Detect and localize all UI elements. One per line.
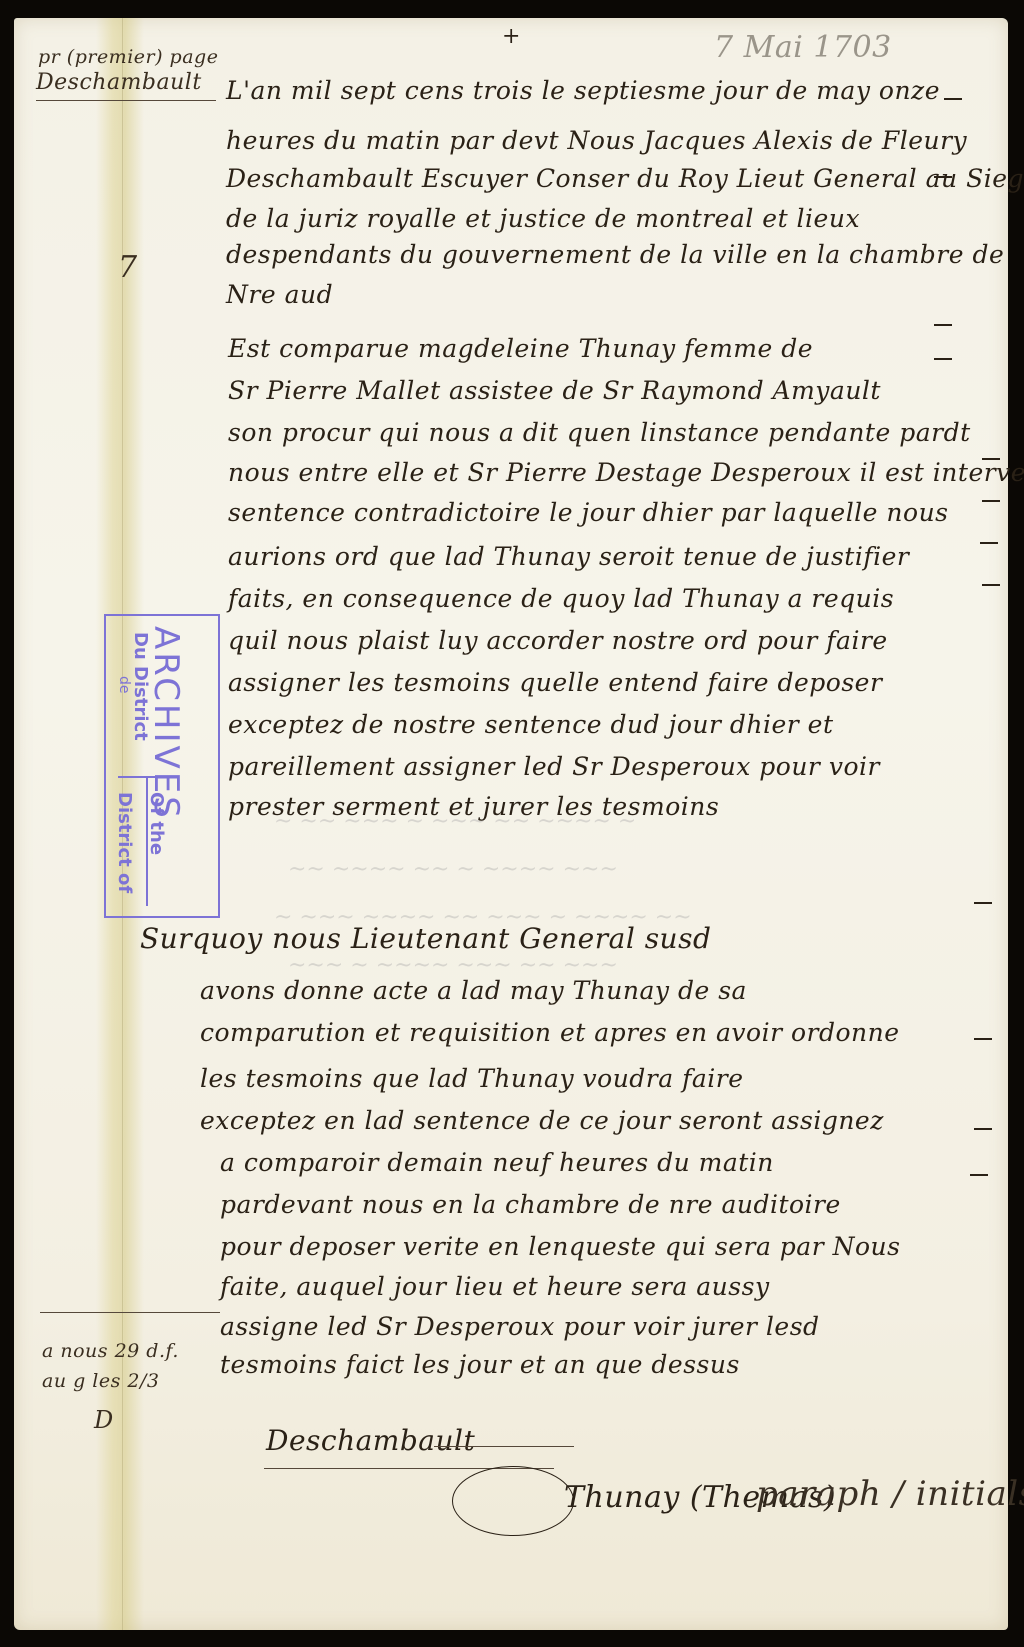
text-line: exceptez en lad sentence de ce jour sero… — [200, 1106, 884, 1135]
text-line: pareillement assigner led Sr Desperoux p… — [228, 752, 880, 781]
stamp-left-sub: de — [114, 676, 134, 694]
line-filler — [970, 1174, 988, 1176]
text-line: pardevant nous en la chambre de nre audi… — [220, 1190, 841, 1219]
fee-rule — [40, 1312, 220, 1313]
line-filler — [982, 500, 1000, 502]
text-line: pour deposer verite en lenqueste qui ser… — [220, 1232, 900, 1261]
text-line: tesmoins faict les jour et an que dessus — [220, 1350, 740, 1379]
text-line: Est comparue magdeleine Thunay femme de — [228, 334, 813, 363]
stamp-divider — [118, 776, 178, 778]
margin-mark-seven: 7 — [118, 250, 138, 285]
line-filler — [944, 98, 962, 100]
text-line: aurions ord que lad Thunay seroit tenue … — [228, 542, 909, 571]
signature-deschambault: Deschambault — [266, 1424, 475, 1457]
line-filler — [982, 584, 1000, 586]
margin-clerk-name: Deschambault — [36, 70, 202, 95]
line-filler — [974, 1128, 992, 1130]
text-line: comparution et requisition et apres en a… — [200, 1018, 900, 1047]
text-line: exceptez de nostre sentence dud jour dhi… — [228, 710, 834, 739]
text-line: faite, auquel jour lieu et heure sera au… — [220, 1272, 770, 1301]
margin-rule — [36, 100, 216, 101]
manuscript-page: ~ ~~ ~~~ ~ ~~~ ~~ ~~~~ ~ ~~ ~~~~ ~~ ~ ~~… — [14, 18, 1008, 1630]
text-line: son procur qui nous a dit quen linstance… — [228, 418, 971, 447]
signature-flourish — [452, 1466, 574, 1536]
fee-note-line-1: a nous 29 d.f. — [42, 1340, 179, 1362]
text-line: Nre aud — [226, 280, 333, 309]
line-filler — [934, 176, 952, 178]
page-label: pr (premier) page — [38, 46, 218, 68]
text-line: L'an mil sept cens trois le septiesme jo… — [226, 76, 940, 105]
archival-stamp: ARCHIVES Du District de Of the District … — [104, 614, 220, 918]
cross-mark: + — [502, 24, 521, 49]
text-line: despendants du gouvernement de la ville … — [226, 240, 1004, 269]
text-line: a comparoir demain neuf heures du matin — [220, 1148, 774, 1177]
text-line: de la juriz royalle et justice de montre… — [226, 204, 860, 233]
text-line: faits, en consequence de quoy lad Thunay… — [228, 584, 894, 613]
text-line: quil nous plaist luy accorder nostre ord… — [228, 626, 888, 655]
fee-note-line-2: au g les 2/3 — [42, 1370, 160, 1392]
text-line: heures du matin par devt Nous Jacques Al… — [226, 126, 967, 155]
text-line: avons donne acte a lad may Thunay de sa — [200, 976, 747, 1005]
stamp-right-column: Of the — [146, 792, 166, 855]
fee-note-line-3: D — [94, 1406, 114, 1434]
signature-paraph: paraph / initials — [756, 1474, 1024, 1514]
line-filler — [974, 1038, 992, 1040]
line-filler — [934, 358, 952, 360]
line-filler — [974, 902, 992, 904]
line-filler — [934, 324, 952, 326]
text-line: les tesmoins que lad Thunay voudra faire — [200, 1064, 744, 1093]
signature-rule — [434, 1446, 574, 1447]
text-line: Surquoy nous Lieutenant General susd — [140, 922, 711, 955]
text-line: Sr Pierre Mallet assistee de Sr Raymond … — [228, 376, 881, 405]
line-filler — [982, 458, 1000, 460]
text-line: sentence contradictoire le jour dhier pa… — [228, 498, 949, 527]
text-line: assigner les tesmoins quelle entend fair… — [228, 668, 882, 697]
line-filler — [980, 542, 998, 544]
archival-date-note: 7 Mai 1703 — [714, 30, 892, 65]
stamp-right-sub: District of — [114, 792, 134, 893]
text-line: prester serment et jurer les tesmoins — [228, 792, 719, 821]
text-line: nous entre elle et Sr Pierre Destage Des… — [228, 458, 1024, 487]
text-line: Deschambault Escuyer Conser du Roy Lieut… — [226, 164, 1024, 193]
text-line: assigne led Sr Desperoux pour voir jurer… — [220, 1312, 820, 1341]
bleed-through-text: ~ ~~ ~~~ ~ ~~~ ~~ ~~~~ ~ ~~ ~~~~ ~~ ~ ~~… — [274, 798, 692, 990]
